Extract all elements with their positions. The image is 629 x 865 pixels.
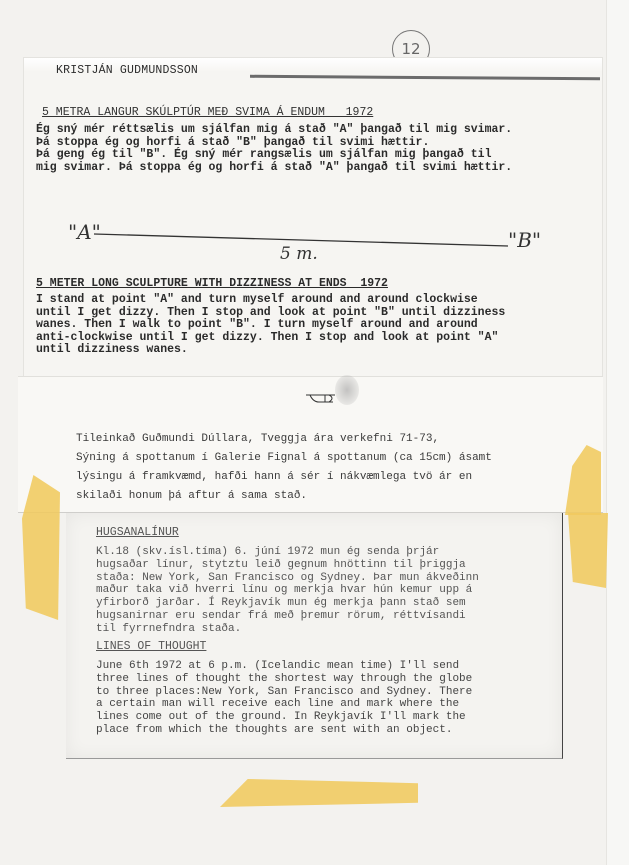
ink-smudge — [335, 375, 359, 405]
initials-mark-icon — [305, 392, 337, 404]
work-title-icelandic: 5 METRA LANGUR SKÚLPTÚR MEÐ SVIMA Á ENDU… — [42, 106, 373, 119]
work-description-english: I stand at point "A" and turn myself aro… — [36, 294, 505, 357]
point-a-label: "A" — [68, 220, 101, 244]
sheet-edge — [606, 0, 629, 865]
tape-strip-bottom — [220, 779, 418, 807]
tape-strip-right-lower — [568, 513, 608, 588]
work-title-lines-of-thought: LINES OF THOUGHT — [96, 640, 206, 653]
work-description-hugsanalinur: Kl.18 (skv.ísl.tíma) 6. júní 1972 mun ég… — [96, 546, 479, 636]
artist-name: KRISTJÁN GUDMUNDSSON — [56, 64, 198, 77]
distance-label: 5 m. — [280, 244, 318, 264]
point-b-label: "B" — [508, 228, 541, 252]
work-title-english: 5 METER LONG SCULPTURE WITH DIZZINESS AT… — [36, 277, 388, 290]
work-description-icelandic: Ég sný mér réttsælis um sjálfan mig á st… — [36, 124, 512, 174]
work-description-lines-of-thought: June 6th 1972 at 6 p.m. (Icelandic mean … — [96, 660, 472, 737]
dedication-text: Tileinkað Guðmundi Dúllara, Tveggja ára … — [76, 430, 492, 506]
work-title-hugsanalinur: HUGSANALÍNUR — [96, 526, 179, 539]
tape-strip-left — [22, 475, 60, 620]
distance-diagram: "A" "B" 5 m. — [60, 218, 550, 268]
